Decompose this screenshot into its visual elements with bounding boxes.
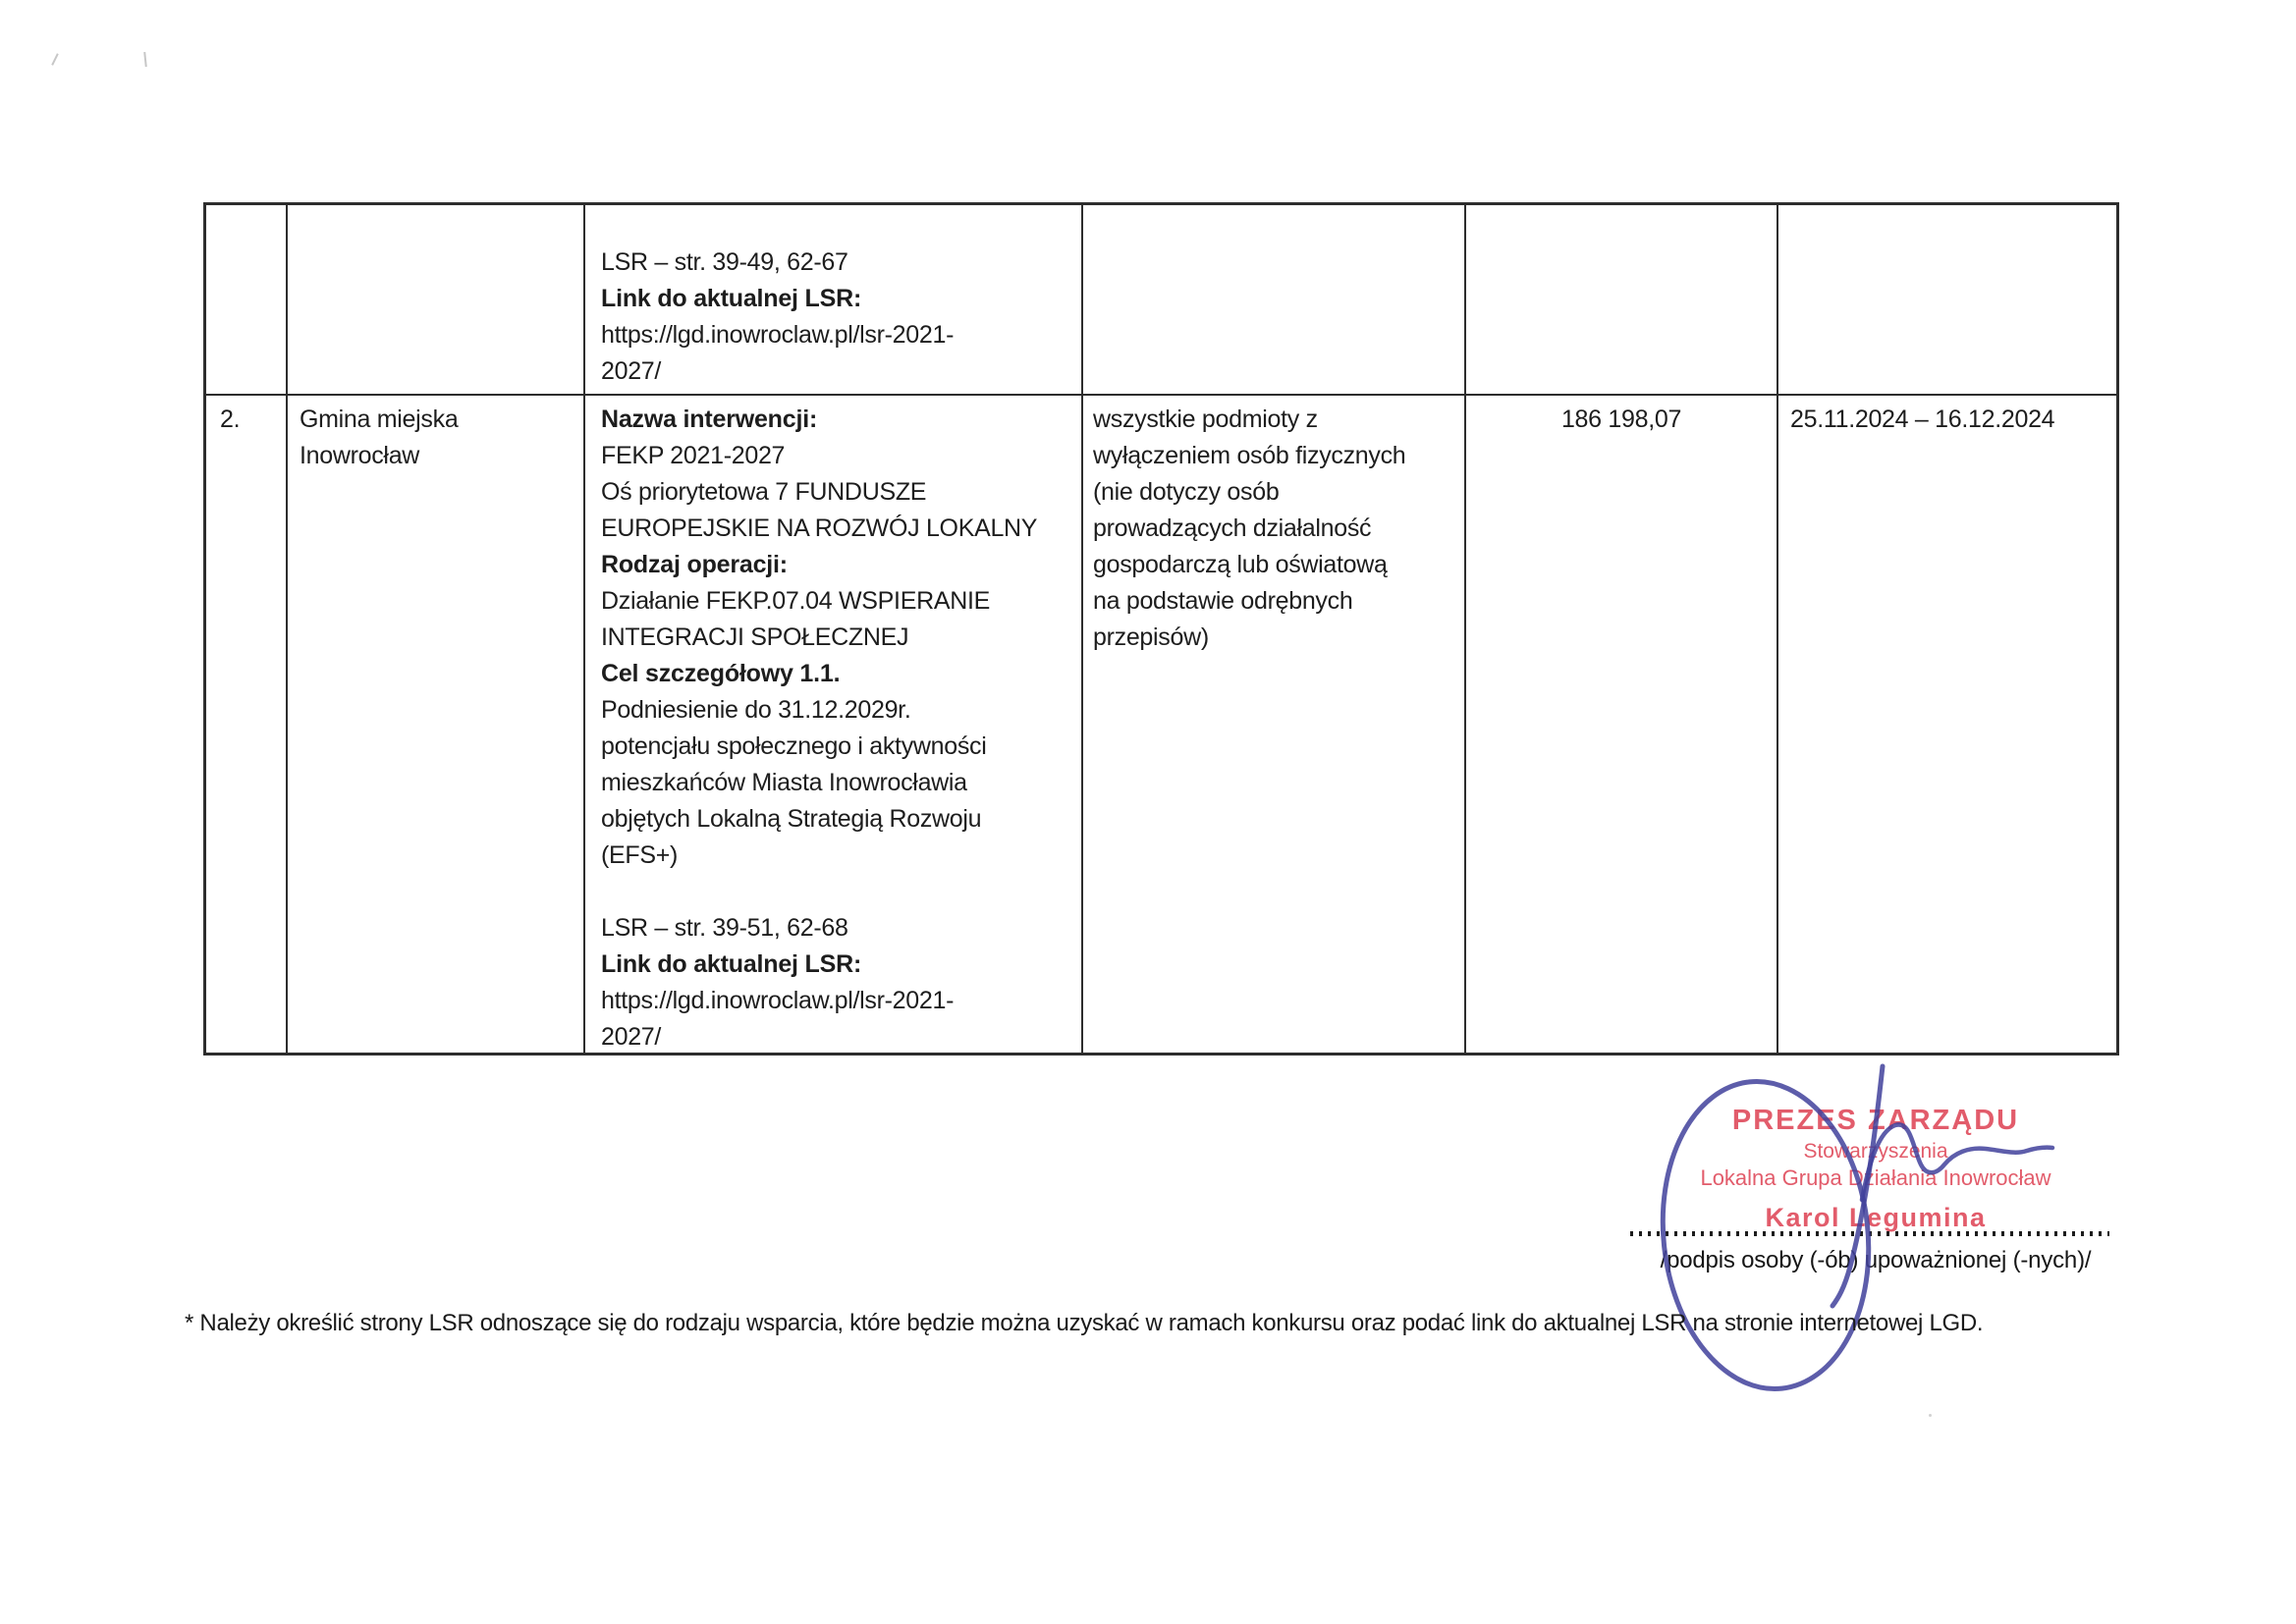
text-line: Link do aktualnej LSR: <box>601 947 1077 983</box>
footnote: * Należy określić strony LSR odnoszące s… <box>185 1310 1983 1337</box>
row1-gmina-cell <box>288 205 585 394</box>
text-line: (EFS+) <box>601 838 1077 874</box>
text-line: LSR – str. 39-49, 62-67 <box>601 244 1077 281</box>
text-line: 2027/ <box>601 1019 1077 1053</box>
text-line: Podniesienie do 31.12.2029r. <box>601 692 1077 729</box>
text-line: prowadzących działalność <box>1093 511 1460 547</box>
text-line: Działanie FEKP.07.04 WSPIERANIE <box>601 583 1077 620</box>
official-stamp: PREZES ZARZĄDU Stowarzyszenia Lokalna Gr… <box>1620 1104 2131 1233</box>
row1-intervention-cell: LSR – str. 39-49, 62-67Link do aktualnej… <box>585 205 1083 394</box>
text-line: wyłączeniem osób fizycznych <box>1093 438 1460 474</box>
text-line: Link do aktualnej LSR: <box>601 281 1077 317</box>
text-line: wszystkie podmioty z <box>1093 402 1460 438</box>
text-line: Oś priorytetowa 7 FUNDUSZE <box>601 474 1077 511</box>
stamp-person-name: Karol Legumina <box>1620 1202 2131 1233</box>
row2-intervention-cell: Nazwa interwencji:FEKP 2021-2027Oś prior… <box>585 396 1083 1053</box>
text-line: gospodarczą lub oświatową <box>1093 547 1460 583</box>
text-line: objętych Lokalną Strategią Rozwoju <box>601 801 1077 838</box>
row2-number-cell: 2. <box>206 396 288 1053</box>
text-line: potencjału społecznego i aktywności <box>601 729 1077 765</box>
text-line: FEKP 2021-2027 <box>601 438 1077 474</box>
text-line: Nazwa interwencji: <box>601 402 1077 438</box>
row1-beneficiaries-cell <box>1083 205 1466 394</box>
scan-artifact <box>143 52 147 67</box>
text-line <box>601 874 1077 910</box>
row2-gmina-cell: Gmina miejskaInowrocław <box>288 396 585 1053</box>
handwritten-signature <box>1571 1041 2121 1434</box>
text-line: na podstawie odrębnych <box>1093 583 1460 620</box>
scan-artifact <box>51 53 58 66</box>
stamp-org-line2: Lokalna Grupa Działania Inowrocław <box>1620 1164 2131 1192</box>
text-line: EUROPEJSKIE NA ROZWÓJ LOKALNY <box>601 511 1077 547</box>
row2-beneficiaries-cell: wszystkie podmioty zwyłączeniem osób fiz… <box>1083 396 1466 1053</box>
stamp-title: PREZES ZARZĄDU <box>1620 1104 2131 1137</box>
text-line: Gmina miejska <box>300 402 579 438</box>
text-line: Rodzaj operacji: <box>601 547 1077 583</box>
row1-dates-cell <box>1778 205 2116 394</box>
text-line: https://lgd.inowroclaw.pl/lsr-2021- <box>601 317 1077 353</box>
row1-amount-cell <box>1466 205 1778 394</box>
signature-dotted-line <box>1630 1231 2109 1236</box>
table-row: 2. Gmina miejskaInowrocław Nazwa interwe… <box>206 396 2116 1053</box>
table-row-continuation: LSR – str. 39-49, 62-67Link do aktualnej… <box>206 205 2116 396</box>
text-line: mieszkańców Miasta Inowrocławia <box>601 765 1077 801</box>
text-line: INTEGRACJI SPOŁECZNEJ <box>601 620 1077 656</box>
text-line: Cel szczegółowy 1.1. <box>601 656 1077 692</box>
scanned-document-page: LSR – str. 39-49, 62-67Link do aktualnej… <box>0 0 2296 1624</box>
text-line: https://lgd.inowroclaw.pl/lsr-2021- <box>601 983 1077 1019</box>
stamp-org-line1: Stowarzyszenia <box>1620 1139 2131 1164</box>
signature-caption: /podpis osoby (-ób) upoważnionej (-nych)… <box>1620 1247 2131 1274</box>
text-line: przepisów) <box>1093 620 1460 656</box>
scan-artifact <box>1929 1414 1932 1417</box>
row1-number-cell <box>206 205 288 394</box>
row2-amount-cell: 186 198,07 <box>1466 396 1778 1053</box>
text-line: LSR – str. 39-51, 62-68 <box>601 910 1077 947</box>
text-line: 2027/ <box>601 353 1077 390</box>
lsr-calls-table: LSR – str. 39-49, 62-67Link do aktualnej… <box>203 202 2119 1056</box>
row2-dates-cell: 25.11.2024 – 16.12.2024 <box>1778 396 2116 1053</box>
text-line: Inowrocław <box>300 438 579 474</box>
text-line: (nie dotyczy osób <box>1093 474 1460 511</box>
